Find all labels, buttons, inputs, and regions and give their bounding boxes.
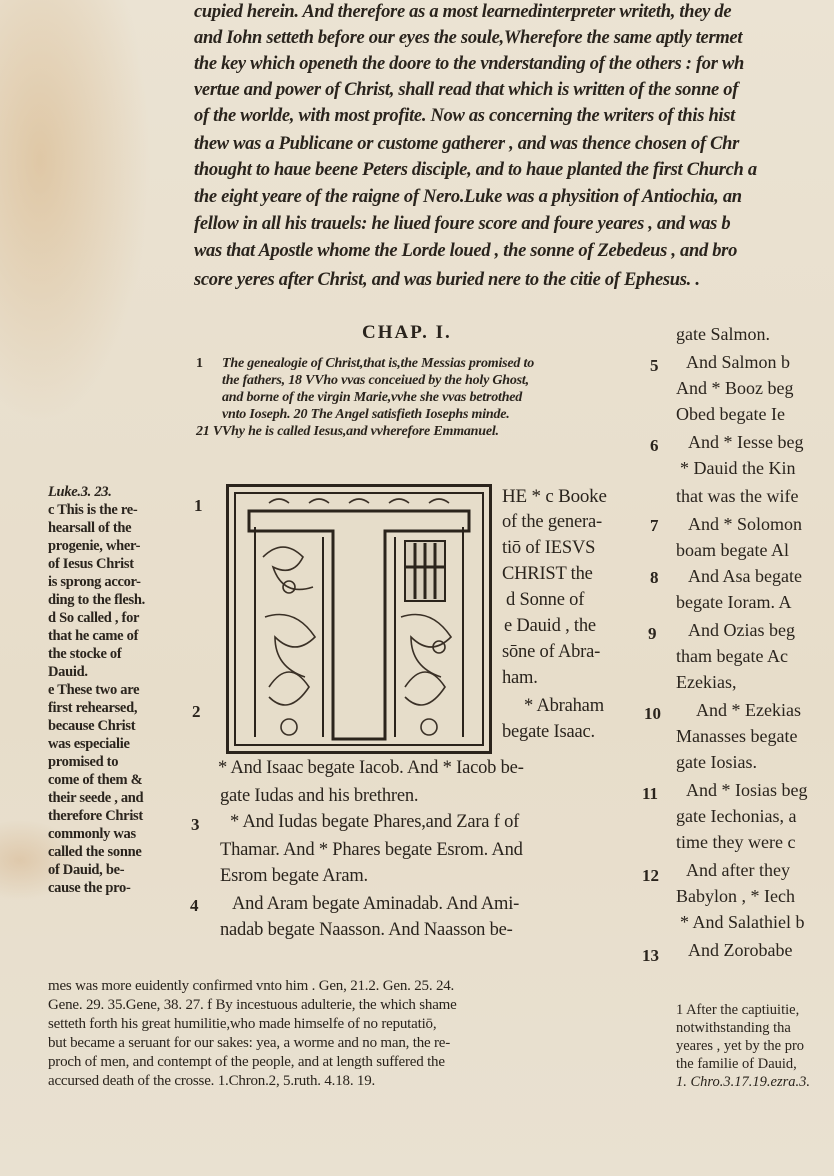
footnote-line: 1 After the captiuitie, — [676, 1002, 799, 1019]
verse-line: Manasses begate — [676, 726, 797, 747]
footnote-line: proch of men, and contempt of the people… — [48, 1054, 445, 1071]
verse-line: time they were c — [676, 832, 795, 853]
verse-line: tiō of IESVS — [502, 538, 595, 559]
verse-number: 2 — [192, 702, 201, 722]
verse-line: And Asa begate — [688, 566, 802, 587]
verse-line: CHRIST the — [502, 564, 593, 585]
verse-number: 7 — [650, 516, 659, 536]
verse-line: * And Iudas begate Phares,and Zara f of — [230, 812, 519, 833]
preface-line: of the worlde, with most profite. Now as… — [194, 106, 735, 127]
verse-line: And Salmon b — [686, 352, 790, 373]
verse-number: 12 — [642, 866, 659, 886]
verse-line: tham begate Ac — [676, 646, 788, 667]
preface-line: the key which openeth the doore to the v… — [194, 54, 744, 75]
verse-line: d Sonne of — [506, 590, 584, 611]
verse-line: And after they — [686, 860, 790, 881]
verse-line: ham. — [502, 668, 538, 689]
margin-note-line: hearsall of the — [48, 520, 131, 537]
footnote-line: the familie of Dauid, — [676, 1056, 797, 1073]
verse-number: 4 — [190, 896, 199, 916]
margin-note-line: d So called , for — [48, 610, 139, 627]
verse-line: of the genera- — [502, 512, 602, 533]
verse-line: And * Ezekias — [696, 700, 801, 721]
verse-number: 1 — [194, 496, 203, 516]
verse-line: that was the wife — [676, 486, 798, 507]
summary-line: the fathers, 18 VVho vvas conceiued by t… — [222, 373, 529, 389]
margin-note-line: come of them & — [48, 772, 142, 789]
ornamental-t-icon — [229, 487, 489, 751]
summary-line: 21 VVhy he is called Iesus,and vvherefor… — [196, 424, 499, 440]
margin-note-line: because Christ — [48, 718, 135, 735]
verse-line: sōne of Abra- — [502, 642, 600, 663]
verse-line: * And Salathiel b — [680, 912, 805, 933]
verse-line: Obed begate Ie — [676, 404, 785, 425]
verse-line: * And Isaac begate Iacob. And * Iacob be… — [218, 758, 524, 779]
verse-number: 3 — [191, 815, 200, 835]
verse-number: 11 — [642, 784, 658, 804]
footnote-line: but became a seruant for our sakes: yea,… — [48, 1035, 450, 1052]
margin-note-line: Dauid. — [48, 664, 88, 681]
preface-line: thew was a Publicane or custome gatherer… — [194, 134, 739, 155]
verse-line: And Aram begate Aminadab. And Ami- — [232, 894, 519, 915]
footnote-line: Gene. 29. 35.Gene, 38. 27. f By incestuo… — [48, 997, 457, 1014]
margin-note-line: c This is the re- — [48, 502, 137, 519]
margin-note-line: promised to — [48, 754, 118, 771]
margin-note-line: is sprong accor- — [48, 574, 141, 591]
margin-note-line: ding to the flesh. — [48, 592, 145, 609]
verse-line: And Zorobabe — [688, 940, 792, 961]
verse-line: And * Iosias beg — [686, 780, 807, 801]
preface-line: was that Apostle whome the Lorde loued ,… — [194, 241, 737, 262]
verse-line: Ezekias, — [676, 672, 736, 693]
verse-line: begate Isaac. — [502, 722, 595, 743]
margin-note-line: called the sonne — [48, 844, 141, 861]
verse-line: Babylon , * Iech — [676, 886, 795, 907]
preface-line: and Iohn setteth before our eyes the sou… — [194, 28, 742, 49]
margin-note-line: commonly was — [48, 826, 136, 843]
verse-number: 5 — [650, 356, 659, 376]
summary-number: 1 — [196, 356, 203, 372]
verse-number: 9 — [648, 624, 657, 644]
verse-line: Esrom begate Aram. — [220, 866, 368, 887]
preface-line: vertue and power of Christ, shall read t… — [194, 80, 738, 101]
verse-line: gate Iosias. — [676, 752, 757, 773]
verse-line: gate Iechonias, a — [676, 806, 796, 827]
verse-line: And * Booz beg — [676, 378, 793, 399]
summary-line: and borne of the virgin Marie,vvhe she v… — [222, 390, 522, 406]
verse-line: * Dauid the Kin — [680, 458, 795, 479]
preface-line: score yeres after Christ, and was buried… — [194, 270, 700, 291]
verse-number: 13 — [642, 946, 659, 966]
verse-line: And * Iesse beg — [688, 432, 803, 453]
verse-line: gate Iudas and his brethren. — [220, 786, 418, 807]
verse-line: nadab begate Naasson. And Naasson be- — [220, 920, 513, 941]
summary-line: The genealogie of Christ,that is,the Mes… — [222, 356, 534, 372]
footnote-line: notwithstanding tha — [676, 1020, 791, 1037]
footnote-line: accursed death of the crosse. 1.Chron.2,… — [48, 1073, 375, 1090]
margin-note-line: first rehearsed, — [48, 700, 137, 717]
verse-line: And Ozias beg — [688, 620, 795, 641]
verse-number: 8 — [650, 568, 659, 588]
verse-line: HE * c Booke — [502, 486, 607, 508]
margin-note-line: their seede , and — [48, 790, 143, 807]
margin-note-line: cause the pro- — [48, 880, 131, 897]
margin-note-line: of Iesus Christ — [48, 556, 134, 573]
margin-note-line: therefore Christ — [48, 808, 143, 825]
verse-number: 10 — [644, 704, 661, 724]
footnote-line: 1. Chro.3.17.19.ezra.3. — [676, 1074, 810, 1091]
verse-line: Thamar. And * Phares begate Esrom. And — [220, 840, 523, 861]
decorated-initial-letter — [226, 484, 492, 754]
chapter-heading: CHAP. I. — [362, 322, 452, 344]
verse-line: * Abraham — [524, 696, 604, 717]
preface-line: cupied herein. And therefore as a most l… — [194, 2, 731, 23]
verse-number: 6 — [650, 436, 659, 456]
margin-note-line: e These two are — [48, 682, 139, 699]
preface-line: the eight yeare of the raigne of Nero.Lu… — [194, 187, 742, 208]
verse-line: e Dauid , the — [504, 616, 596, 637]
margin-note-line: was especialie — [48, 736, 130, 753]
verse-line: begate Ioram. A — [676, 592, 791, 613]
summary-line: vnto Ioseph. 20 The Angel satisfieth Ios… — [222, 407, 510, 423]
verse-line: gate Salmon. — [676, 324, 770, 345]
margin-note-line: the stocke of — [48, 646, 121, 663]
footnote-line: mes was more euidently confirmed vnto hi… — [48, 978, 454, 995]
margin-note-line: of Dauid, be- — [48, 862, 124, 879]
preface-line: fellow in all his trauels: he liued four… — [194, 214, 730, 235]
footnote-line: setteth forth his great humilitie,who ma… — [48, 1016, 436, 1033]
margin-note-line: progenie, wher- — [48, 538, 140, 555]
preface-line: thought to haue beene Peters disciple, a… — [194, 160, 757, 181]
margin-note-line: Luke.3. 23. — [48, 484, 112, 501]
verse-line: And * Solomon — [688, 514, 802, 535]
footnote-line: yeares , yet by the pro — [676, 1038, 804, 1055]
verse-line: boam begate Al — [676, 540, 789, 561]
margin-note-line: that he came of — [48, 628, 138, 645]
